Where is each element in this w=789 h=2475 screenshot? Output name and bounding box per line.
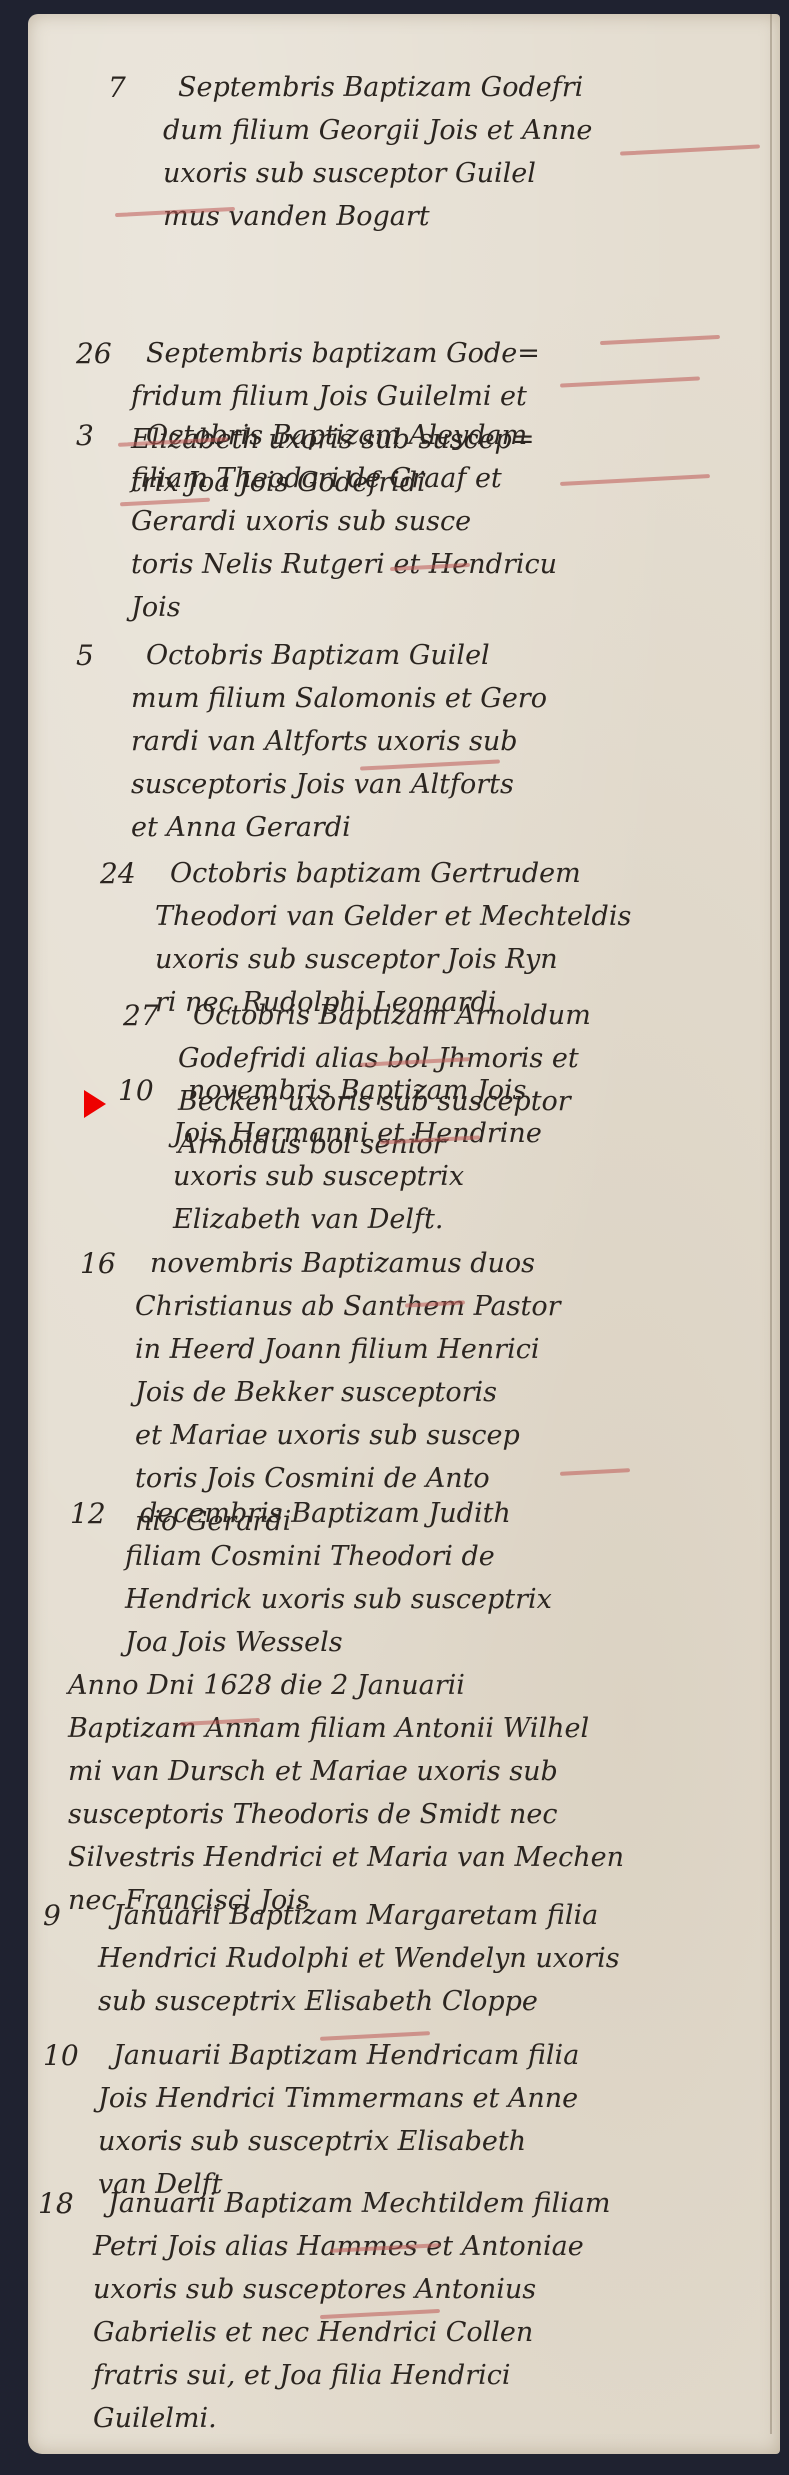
entry-line: decembris Baptizam Judith [70,1492,552,1535]
entry-line: filiam Theodori de Graaf et [76,457,557,500]
entry-line: toris Nelis Rutgeri et Hendricu [76,543,557,586]
entry-line: Jois [76,586,557,629]
red-ink-underline [560,474,710,486]
entry-line: uxoris sub susceptrix Elisabeth [43,2120,579,2163]
entry-line: Januarii Baptizam Mechtildem filiam [38,2182,610,2225]
red-ink-underline [560,376,700,387]
register-entry: 10novembris Baptizam JoisJois Hermanni e… [118,1069,542,1241]
register-entry: 12decembris Baptizam Judithfiliam Cosmin… [70,1492,552,1664]
manuscript-page: 7Septembris Baptizam Godefridum filium G… [28,14,780,2454]
red-arrow-marker-icon [84,1090,106,1118]
entry-line: Christianus ab Santhem Pastor [80,1285,561,1328]
entry-line: Theodori van Gelder et Mechteldis [100,895,631,938]
entry-line: Joa Jois Wessels [70,1621,552,1664]
entry-line: mi van Dursch et Mariae uxoris sub [68,1750,624,1793]
entry-line: Jois Hermanni et Hendrine [118,1112,542,1155]
red-ink-underline [620,144,760,155]
entry-date: 3 [76,414,94,457]
entry-line: novembris Baptizamus duos [80,1242,561,1285]
entry-line: fratris sui, et Joa filia Hendrici [38,2354,610,2397]
entry-line: Elizabeth van Delft. [118,1198,542,1241]
entry-line: Septembris Baptizam Godefri [108,66,592,109]
entry-line: Petri Jois alias Hammes et Antoniae [38,2225,610,2268]
entry-date: 9 [43,1894,61,1937]
entry-line: novembris Baptizam Jois [118,1069,542,1112]
entry-line: et Anna Gerardi [76,806,547,849]
entry-date: 24 [100,852,136,895]
entry-date: 10 [118,1069,154,1112]
entry-line: mus vanden Bogart [108,195,592,238]
entry-line: Silvestris Hendrici et Maria van Mechen [68,1836,624,1879]
entry-line: Januarii Baptizam Hendricam filia [43,2034,579,2077]
entry-line: susceptoris Theodoris de Smidt nec [68,1793,624,1836]
entry-line: Anno Dni 1628 die 2 Januarii [68,1664,624,1707]
entry-date: 5 [76,634,94,677]
entry-date: 27 [123,994,159,1037]
entry-line: Octobris baptizam Gertrudem [100,852,631,895]
entry-line: uxoris sub susceptor Guilel [108,152,592,195]
entry-line: in Heerd Joann filium Henrici [80,1328,561,1371]
entry-line: sub susceptrix Elisabeth Cloppe [43,1980,620,2023]
entry-line: Octobris Baptizam Guilel [76,634,547,677]
entry-date: 12 [70,1492,106,1535]
entry-line: dum filium Georgii Jois et Anne [108,109,592,152]
register-entry: 5Octobris Baptizam Guilelmum filium Salo… [76,634,547,849]
entry-date: 26 [76,332,112,375]
entry-date: 7 [108,66,126,109]
entry-date: 10 [43,2034,79,2077]
entry-line: Jois de Bekker susceptoris [80,1371,561,1414]
entry-line: susceptoris Jois van Altforts [76,763,547,806]
entry-line: Gerardi uxoris sub susce [76,500,557,543]
entry-line: rardi van Altforts uxoris sub [76,720,547,763]
entry-line: uxoris sub susceptor Jois Ryn [100,938,631,981]
entry-line: Guilelmi. [38,2397,610,2440]
register-entry: 10Januarii Baptizam Hendricam filiaJois … [43,2034,579,2206]
red-ink-underline [600,335,720,345]
register-entry: Anno Dni 1628 die 2 JanuariiBaptizam Ann… [68,1664,624,1922]
entry-line: Septembris baptizam Gode= [76,332,540,375]
register-entry: 3Octobris Baptizam Aleydamfiliam Theodor… [76,414,557,629]
entry-line: uxoris sub susceptores Antonius [38,2268,610,2311]
entry-line: et Mariae uxoris sub suscep [80,1414,561,1457]
red-ink-underline [560,1468,630,1476]
entry-line: fridum filium Jois Guilelmi et [76,375,540,418]
entry-line: Octobris Baptizam Aleydam [76,414,557,457]
entry-line: mum filium Salomonis et Gero [76,677,547,720]
entry-date: 18 [38,2182,74,2225]
entry-line: Januarii Baptizam Margaretam filia [43,1894,620,1937]
entry-line: Baptizam Annam filiam Antonii Wilhel [68,1707,624,1750]
entry-date: 16 [80,1242,116,1285]
register-entry: 9Januarii Baptizam Margaretam filiaHendr… [43,1894,620,2023]
entry-line: Hendrick uxoris sub susceptrix [70,1578,552,1621]
entry-line: Octobris Baptizam Arnoldum [123,994,591,1037]
entry-line: filiam Cosmini Theodori de [70,1535,552,1578]
entry-line: Jois Hendrici Timmermans et Anne [43,2077,579,2120]
register-entry: 18Januarii Baptizam Mechtildem filiamPet… [38,2182,610,2440]
entry-line: uxoris sub susceptrix [118,1155,542,1198]
entry-line: Hendrici Rudolphi et Wendelyn uxoris [43,1937,620,1980]
